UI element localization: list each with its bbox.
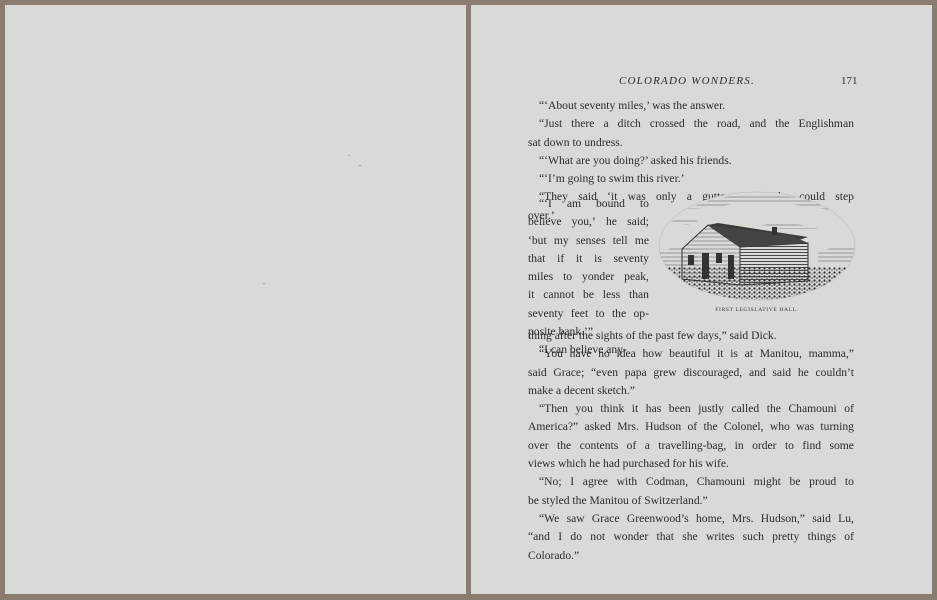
text-line: “YouhavenoideahowbeautifulitisatManitou,… [528, 345, 854, 363]
text-line: America?”askedMrs.HudsonoftheColonel,who… [528, 418, 854, 436]
text-line: “Justthereaditchcrossedtheroad,andtheEng… [528, 115, 854, 133]
text-block-bottom: thing after the sights of the past few d… [528, 327, 854, 565]
text-line: Colorado.” [528, 547, 854, 565]
text-line: itcannotbelessthan [528, 286, 649, 304]
text-line: be styled the Manitou of Switzerland.” [528, 492, 854, 510]
text-line: “WesawGraceGreenwood’shome,Mrs.Hudson,”s… [528, 510, 854, 528]
figure-first-legislative-hall: FIRST LEGISLATIVE HALL. [658, 191, 856, 315]
text-line: sat down to undress. [528, 134, 854, 152]
text-line: seventyfeettotheop- [528, 305, 649, 323]
running-title: COLORADO WONDERS. [619, 75, 755, 87]
left-page-blank [5, 5, 466, 594]
text-line: believeyou,’hesaid; [528, 213, 649, 231]
text-line: overthecontentsofatravelling-bag,inorder… [528, 437, 854, 455]
text-line: thatifitisseventy [528, 250, 649, 268]
text-line: “andIdonotwonderthatshewritessuchprettyt… [528, 528, 854, 546]
text-line: “‘Iamboundto [528, 195, 649, 213]
right-page: COLORADO WONDERS. 171 “‘About seventy mi… [471, 5, 932, 594]
paper-speck [263, 283, 265, 284]
text-line: views which he had purchased for his wif… [528, 455, 854, 473]
text-line: thing after the sights of the past few d… [528, 327, 854, 345]
text-line: saidGrace;“evenpapagrewdiscouraged,andsa… [528, 364, 854, 382]
paper-speck [359, 165, 361, 166]
text-line: ‘butmysensestellme [528, 232, 649, 250]
text-line: make a decent sketch.” [528, 382, 854, 400]
page-number: 171 [841, 75, 858, 87]
figure-caption: FIRST LEGISLATIVE HALL. [658, 307, 856, 313]
paper-speck [348, 155, 350, 156]
log-cabin-engraving-icon [658, 191, 856, 303]
text-line: “‘What are you doing?’ asked his friends… [528, 152, 854, 170]
text-line: “‘I’m going to swim this river.’ [528, 170, 854, 188]
text-line: “‘About seventy miles,’ was the answer. [528, 97, 854, 115]
text-line: “No;IagreewithCodman,Chamounimightbeprou… [528, 473, 854, 491]
text-line: “ThenyouthinkithasbeenjustlycalledtheCha… [528, 400, 854, 418]
text-line: milestoyonderpeak, [528, 268, 649, 286]
